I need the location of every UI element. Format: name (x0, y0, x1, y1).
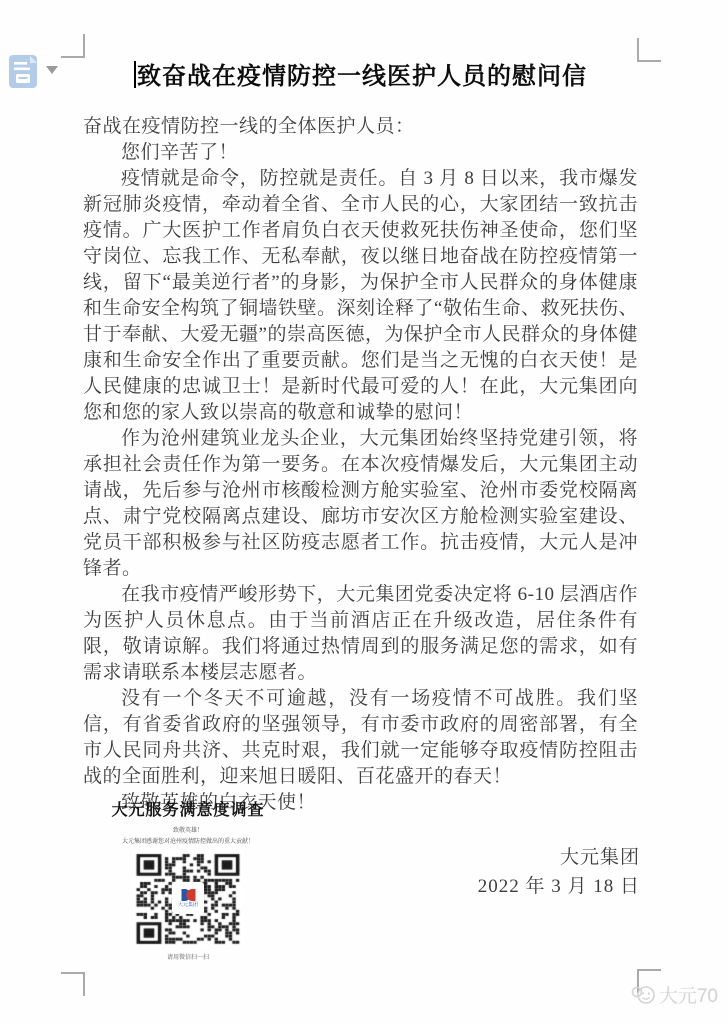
letter-page: 致奋战在疫情防控一线医护人员的慰问信 奋战在疫情防控一线的全体医护人员： 您们辛… (0, 0, 728, 1024)
paragraph: 在我市疫情严峻形势下，大元集团党委决定将 6-10 层酒店作为医护人员休息点。由… (83, 582, 638, 686)
signature-block: 大元集团 2022 年 3 月 18 日 (478, 843, 640, 901)
survey-title: 大元服务满意度调查 (98, 797, 278, 820)
chevron-down-icon[interactable] (46, 66, 58, 74)
salutation: 奋战在疫情防控一线的全体医护人员： (83, 114, 638, 140)
survey-subline-2: 大元集团感谢您对沧州疫情防控做出的重大贡献！ (98, 836, 278, 845)
watermark: 大元70 (630, 981, 718, 1008)
text-cursor (134, 61, 136, 88)
qr-scan-hint: 请用微信扫一扫 (98, 952, 278, 961)
crop-mark-top-right (637, 38, 661, 62)
company-logo-mark (180, 888, 197, 903)
page-title: 致奋战在疫情防控一线医护人员的慰问信 (137, 56, 587, 91)
video-app-face-icon (630, 984, 656, 1006)
survey-subline-1: 致敬英雄！ (98, 825, 278, 834)
signature-date: 2022 年 3 月 18 日 (478, 872, 640, 901)
signature-name: 大元集团 (478, 843, 640, 872)
crop-mark-bottom-left (61, 972, 85, 996)
company-logo-text: 大元集团 (178, 903, 198, 908)
satisfaction-survey-block: 大元服务满意度调查 致敬英雄！ 大元集团感谢您对沧州疫情防控做出的重大贡献！ 大… (98, 797, 278, 961)
letter-body: 奋战在疫情防控一线的全体医护人员： 您们辛苦了！ 疫情就是命令，防控就是责任。自… (83, 114, 638, 816)
qr-code-wrap: 大元集团 (133, 851, 243, 947)
paragraph: 您们辛苦了！ (83, 140, 638, 166)
watermark-text: 大元70 (659, 981, 718, 1008)
document-attachment-icon[interactable] (8, 54, 40, 90)
paragraph: 作为沧州建筑业龙头企业，大元集团始终坚持党建引领，将承担社会责任作为第一要务。在… (83, 426, 638, 582)
crop-mark-top-left (61, 34, 85, 58)
company-logo: 大元集团 (172, 882, 204, 914)
paragraph: 没有一个冬天不可逾越，没有一场疫情不可战胜。我们坚信，有省委省政府的坚强领导，有… (83, 686, 638, 790)
paragraph: 疫情就是命令，防控就是责任。自 3 月 8 日以来，我市爆发新冠肺炎疫情，牵动着… (83, 166, 638, 426)
